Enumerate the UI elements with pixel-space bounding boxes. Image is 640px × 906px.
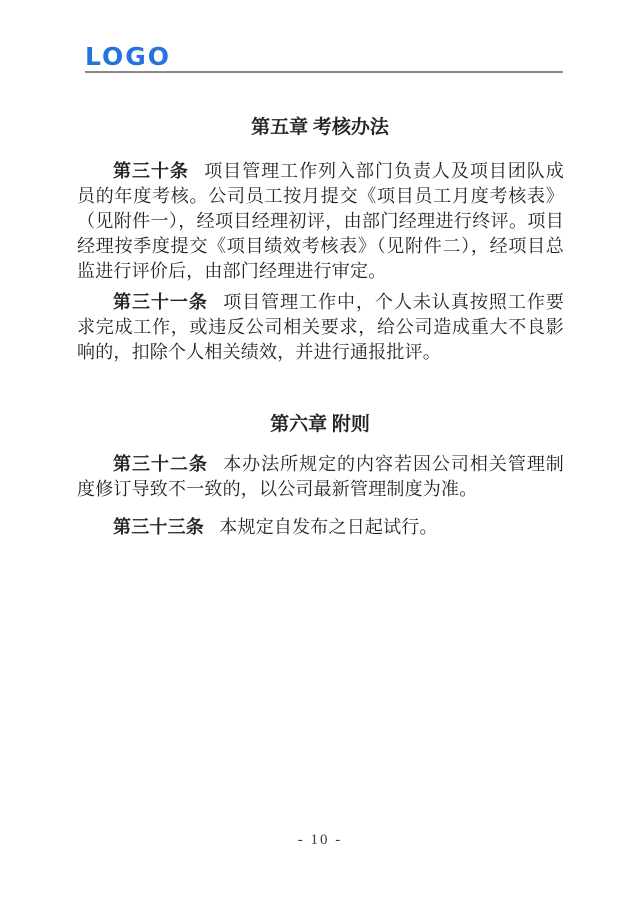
company-logo: LOGO	[85, 44, 171, 70]
chapter-5-title: 第五章 考核办法	[0, 116, 640, 140]
article-33: 第三十三条本规定自发布之日起试行。	[77, 515, 564, 540]
article-31-label: 第三十一条	[113, 292, 208, 312]
article-32-label: 第三十二条	[113, 454, 208, 474]
article-32: 第三十二条本办法所规定的内容若因公司相关管理制度修订导致不一致的，以公司最新管理…	[77, 452, 564, 502]
page-number: - 10 -	[0, 832, 640, 849]
article-33-body: 本规定自发布之日起试行。	[219, 517, 437, 537]
article-30: 第三十条项目管理工作列入部门负责人及项目团队成员的年度考核。公司员工按月提交《项…	[77, 159, 564, 284]
article-31: 第三十一条项目管理工作中，个人未认真按照工作要求完成工作，或违反公司相关要求，给…	[77, 290, 564, 365]
article-30-label: 第三十条	[113, 161, 189, 181]
chapter-6-title: 第六章 附则	[0, 413, 640, 437]
article-33-label: 第三十三条	[113, 517, 204, 537]
document-page: LOGO 第五章 考核办法 第三十条项目管理工作列入部门负责人及项目团队成员的年…	[0, 0, 640, 906]
header-divider	[85, 71, 563, 73]
